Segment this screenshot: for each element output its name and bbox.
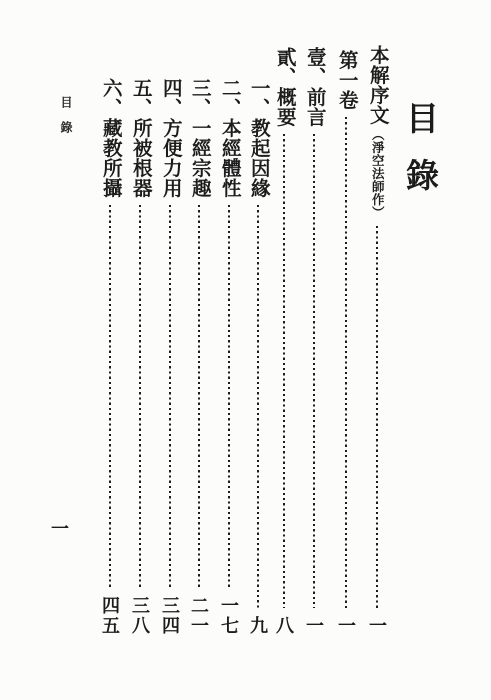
toc-entry-preface: 本解序文 （淨空法師作） 一 <box>365 45 389 636</box>
toc-entry-title: 一、教起因緣 <box>248 78 268 198</box>
dot-leader <box>109 205 111 588</box>
dot-leader <box>376 226 378 608</box>
toc-entry-section-6: 六、藏教所攝 四五 <box>98 78 122 636</box>
toc-entry-page: 二一 <box>190 596 208 636</box>
dot-leader <box>345 117 347 608</box>
toc-entry-page: 一 <box>368 616 386 636</box>
dot-leader <box>228 205 230 588</box>
toc-entry-section-2: 二、本經體性 一七 <box>217 78 241 636</box>
toc-entry-title: 五、所被根器 <box>130 78 150 198</box>
toc-entry-page: 一 <box>305 616 323 636</box>
toc-entry-title: 四、方便力用 <box>160 78 180 198</box>
toc-entry-page: 一七 <box>220 596 238 636</box>
toc-entry-title: 本解序文 <box>367 45 387 125</box>
toc-entry-title: 三、一經宗趣 <box>189 78 209 198</box>
toc-entry-volume-1: 第一卷 一 <box>334 50 358 636</box>
document-page: 目錄 目錄 一 本解序文 （淨空法師作） 一 第一卷 一 壹、前言 一 貳、概要… <box>0 0 491 700</box>
toc-entry-page: 三八 <box>131 596 149 636</box>
toc-entry-page: 九 <box>249 616 267 636</box>
toc-entry-title: 壹、前言 <box>304 47 324 127</box>
toc-entry-title: 第一卷 <box>336 50 356 110</box>
margin-running-label: 目錄 <box>60 96 72 146</box>
toc-entry-title: 六、藏教所攝 <box>100 78 120 198</box>
page-title: 目錄 <box>402 101 435 215</box>
toc-entry-section-5: 五、所被根器 三八 <box>128 78 152 636</box>
dot-leader <box>257 205 259 608</box>
dot-leader <box>169 205 171 588</box>
dot-leader <box>198 205 200 588</box>
toc-entry-outline: 貳、概要 八 <box>272 47 296 636</box>
toc-entry-foreword: 壹、前言 一 <box>302 47 326 636</box>
toc-entry-page: 四五 <box>101 596 119 636</box>
folio-page-number: 一 <box>51 517 69 542</box>
toc-entry-page: 八 <box>275 616 293 636</box>
toc-entry-section-4: 四、方便力用 三四 <box>158 78 182 636</box>
dot-leader <box>313 134 315 608</box>
toc-entry-section-1: 一、教起因緣 九 <box>246 78 270 636</box>
dot-leader <box>283 134 285 608</box>
toc-entry-page: 三四 <box>161 596 179 636</box>
toc-entry-page: 一 <box>337 616 355 636</box>
toc-entry-title: 二、本經體性 <box>219 78 239 198</box>
toc-entry-title: 貳、概要 <box>274 47 294 127</box>
dot-leader <box>139 205 141 588</box>
toc-entry-subtitle: （淨空法師作） <box>371 128 384 219</box>
toc-entry-section-3: 三、一經宗趣 二一 <box>187 78 211 636</box>
